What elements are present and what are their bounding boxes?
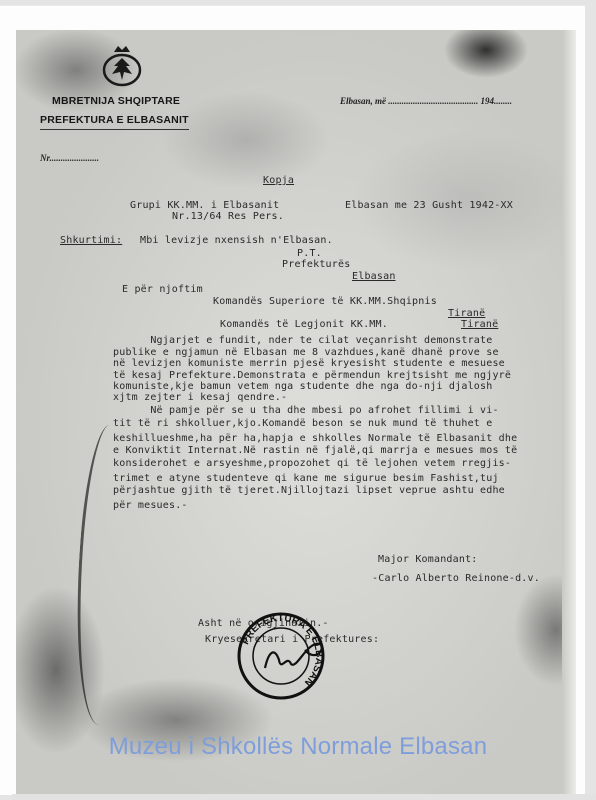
recipient-office: Prefekturës	[282, 259, 350, 270]
cc-2-to: Komandës të Legjonit KK.MM.	[220, 319, 388, 330]
sender-line-1: Grupi KK.MM. i Elbasanit	[130, 200, 279, 211]
signature-name: -Carlo Alberto Reinone-d.v.	[372, 573, 540, 584]
sender-line-2: Nr.13/64 Res Pers.	[172, 211, 284, 222]
bottom-margin	[12, 794, 596, 800]
cc-1-to: Komandës Superiore të KK.MM.Shqipnis	[213, 296, 437, 307]
signature-title: Major Komandant:	[378, 554, 478, 565]
body-line: tit të ri shkolluer,kjo.Komandë beson se…	[113, 418, 492, 429]
recipient-city: Elbasan	[352, 271, 396, 282]
official-seal-icon: PREFEKTURA E ELBASAN	[235, 610, 327, 702]
recipient-pt: P.T.	[297, 248, 322, 259]
subject-label: Shkurtimi:	[60, 235, 122, 246]
body-line: publike e ngjamun në Elbasan me 8 vazhdu…	[113, 347, 499, 358]
body-line: përjashtue gjith të tjeret.Njillojtazi l…	[113, 485, 505, 496]
notice-label: E për njoftim	[122, 284, 203, 295]
nr-text: Nr.	[40, 153, 52, 163]
museum-watermark: Muzeu i Shkollës Normale Elbasan	[0, 733, 596, 761]
letterhead-prefecture: PREFEKTURA E ELBASANIT	[40, 114, 189, 130]
body-line: trimet e atyne studenteve qi kane me sig…	[113, 473, 499, 484]
cc-2-city: Tiranë	[461, 319, 498, 330]
body-line: e Konviktit Internat.Në rastin në fjalë,…	[113, 445, 517, 456]
copy-label: Kopja	[263, 175, 294, 186]
body-line: Në pamje për se u tha dhe mbesi po afroh…	[113, 405, 499, 416]
letterhead-kingdom: MBRETNIJA SHQIPTARE	[52, 95, 180, 107]
royal-crest-icon	[100, 44, 144, 90]
stain-crack	[68, 425, 142, 725]
body-line: komuniste,kje bamun vetem nga studente d…	[113, 381, 492, 392]
body-line: konsiderohet e arsyeshme,propozohet qi t…	[113, 458, 511, 469]
place-date-template: Elbasan, më ............................…	[340, 96, 512, 106]
body-line: të kesaj Prefekture.Demonstrata e përmen…	[113, 370, 511, 381]
body-line: keshillueshme,ha për ha,hapja e shkolles…	[113, 433, 517, 444]
body-line: në levizjen komuniste merrin pjesë kryes…	[113, 358, 505, 369]
subject-text: Mbi levizje nxensish n'Elbasan.	[140, 235, 333, 246]
body-line: Ngjarjet e fundit, nder te cilat veçanri…	[113, 335, 492, 346]
nr-label: Nr......................	[40, 153, 99, 163]
body-line: për mesues.-	[113, 500, 188, 511]
body-line: xjtm zejter i kesaj qendre.-	[113, 392, 287, 403]
photo-edge	[562, 30, 576, 797]
place-date: Elbasan me 23 Gusht 1942-XX	[345, 200, 513, 211]
cc-1-city: Tiranë	[448, 308, 485, 319]
